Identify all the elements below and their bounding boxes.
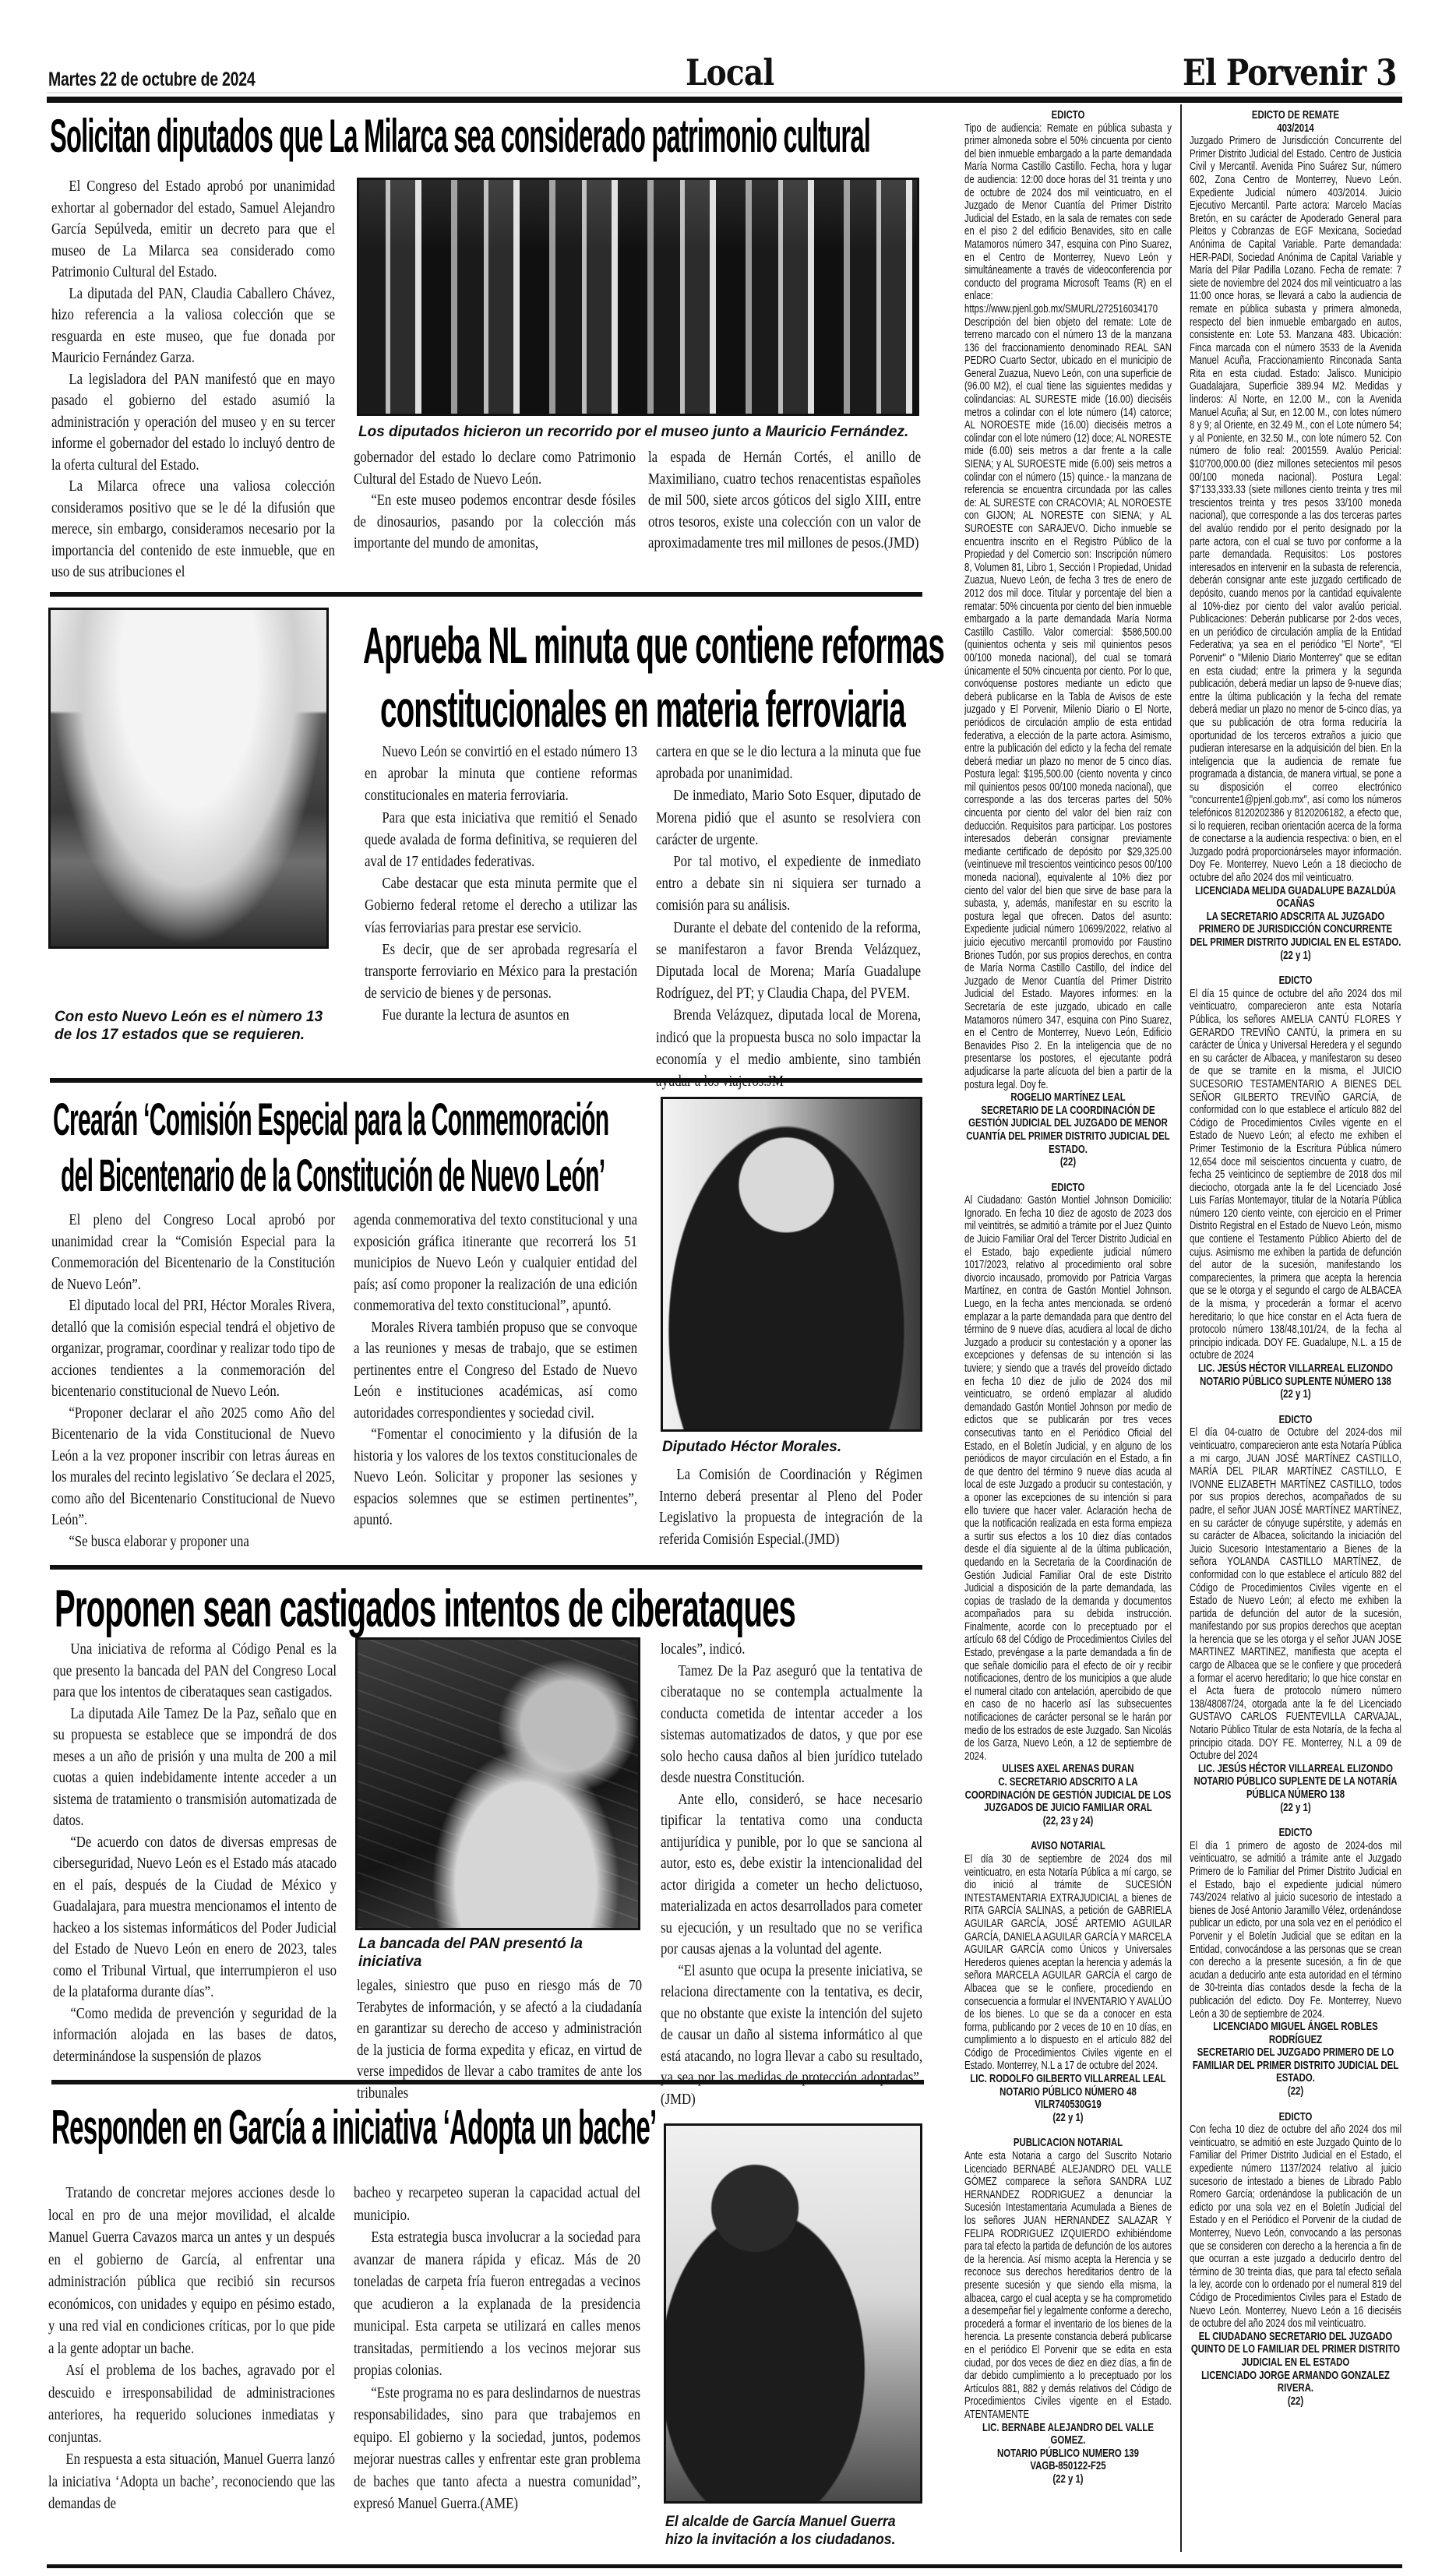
notice-dates: (22 y 1) (1190, 950, 1401, 963)
paragraph: bacheo y recarpeteo superan la capacidad… (354, 2183, 640, 2227)
notice-body: Ante esta Notaria a cargo del Suscrito N… (964, 2150, 1172, 2421)
newspaper-name-page: El Porvenir 3 (1183, 51, 1397, 93)
notices-column-text: EDICTO Tipo de audiencia: Remate en públ… (964, 109, 1172, 2486)
notice-signature: C. SECRETARIO ADSCRITO A LA COORDINACIÓN… (964, 1776, 1172, 1815)
photo-cybersecurity-laptop (355, 1637, 640, 1930)
article-column-1: Tratando de concretar mejores acciones d… (48, 2183, 335, 2516)
notice-signature: NOTARIO PÚBLICO SUPLENTE NÚMERO 138 (1190, 1376, 1401, 1389)
article-column-3: la espada de Hernán Cortés, el anillo de… (648, 447, 921, 555)
paragraph: “Se busca elaborar y proponer una (51, 1531, 335, 1553)
headline-line-1: Crearán ‘Comisión Especial para la Conme… (53, 1094, 608, 1146)
column-text: El pleno del Congreso Local aprobó por u… (51, 1210, 335, 1552)
notice-case-number: 403/2014 (1190, 122, 1401, 136)
paragraph: El diputado local del PRI, Héctor Morale… (51, 1295, 335, 1403)
notice-dates: (22 y 1) (964, 2473, 1172, 2486)
notice-title: EDICTO (1190, 2111, 1401, 2124)
notice-body: El día 1 primero de agosto de 2024-dos m… (1190, 1840, 1401, 2021)
notice-title: AVISO NOTARIAL (964, 1840, 1172, 1853)
notice-signature: LICENCIADA MELIDA GUADALUPE BAZALDÚA OCA… (1190, 885, 1401, 911)
notice-title: EDICTO (1190, 1414, 1401, 1427)
article-divider (50, 1078, 922, 1083)
paragraph: Así el problema de los baches, agravado … (48, 2360, 335, 2449)
paragraph: “De acuerdo con datos de diversas empres… (53, 1832, 337, 2003)
headline: Responden en García a iniciativa ‘Adopta… (51, 2100, 656, 2155)
notices-column-divider (1180, 104, 1182, 2552)
column-text: locales”, indicó. Tamez De la Paz asegur… (661, 1639, 922, 2110)
paragraph: Una iniciativa de reforma al Código Pena… (53, 1639, 337, 1704)
headline-line-2: constitucionales en materia ferroviaria (380, 679, 905, 738)
notice-title: EDICTO (1190, 1827, 1401, 1840)
notice-signature: SECRETARIO DEL JUZGADO PRIMERO DE LO FAM… (1190, 2046, 1401, 2085)
column-text: La Comisión de Coordinación y Régimen In… (659, 1464, 922, 1550)
paragraph: Para que esta iniciativa que remitió el … (365, 808, 637, 874)
paragraph: La legisladora del PAN manifestó que en … (51, 369, 335, 477)
paragraph: La Milarca ofrece una valiosa colección … (51, 476, 335, 583)
notice-title: PUBLICACION NOTARIAL (964, 2137, 1172, 2150)
column-text: Una iniciativa de reforma al Código Pena… (53, 1639, 337, 2067)
notice-dates: (22, 23 y 24) (964, 1815, 1172, 1828)
notice-dates: (22 y 1) (1190, 1388, 1401, 1401)
notice-signature: LICENCIADO JORGE ARMANDO GONZALEZ RIVERA… (1190, 2370, 1401, 2395)
paragraph: El Congreso del Estado aprobó por unanim… (51, 176, 335, 284)
photo-caption: La bancada del PAN presentó la iniciativ… (358, 1935, 640, 1971)
notice-title: EDICTO (964, 1182, 1172, 1195)
paragraph: “Este programa no es para deslindarnos d… (354, 2383, 640, 2516)
notice-signature: NOTARIO PÚBLICO NUMERO 139 (964, 2447, 1172, 2461)
notice-signature: VAGB-850122-F25 (964, 2460, 1172, 2473)
notice-edicto-montiel: EDICTO Al Ciudadano: Gastón Montiel John… (964, 1182, 1172, 1828)
paragraph: Fue durante la lectura de asuntos en (365, 1005, 637, 1027)
article-column-1: El Congreso del Estado aprobó por unanim… (51, 176, 335, 583)
column-text: agenda conmemorativa del texto constituc… (354, 1210, 637, 1531)
notice-signature: VILR740530G19 (964, 2099, 1172, 2112)
paragraph: legales, siniestro que puso en riesgo má… (357, 1975, 642, 2104)
notices-column-text: EDICTO DE REMATE 403/2014 Juzgado Primer… (1190, 109, 1401, 2408)
paragraph: Tratando de concretar mejores acciones d… (48, 2183, 335, 2360)
column-text: cartera en que se le dio lectura a la mi… (656, 742, 921, 1093)
notice-body: Tipo de audiencia: Remate en pública sub… (964, 122, 1172, 1092)
paragraph: La diputada del PAN, Claudia Caballero C… (51, 284, 335, 369)
headline-line-1: Aprueba NL minuta que contiene reformas (363, 615, 944, 675)
paragraph: Morales Rivera también propuso que se co… (354, 1317, 637, 1425)
notice-edicto-romero: EDICTO Con fecha 10 diez de octubre del … (1190, 2111, 1401, 2409)
notice-publicacion-notarial: PUBLICACION NOTARIAL Ante esta Notaria a… (964, 2137, 1172, 2486)
paragraph: Tamez De la Paz aseguró que la tentativa… (661, 1661, 922, 1789)
notice-signature: LICENCIADO MIGUEL ÁNGEL ROBLES RODRÍGUEZ (1190, 2021, 1401, 2046)
photo-hector-morales (661, 1097, 922, 1432)
notice-body: Al Ciudadano: Gastón Montiel Johnson Dom… (964, 1194, 1172, 1763)
notice-body: El día 15 quince de octubre del año 2024… (1190, 988, 1401, 1362)
notice-signature: LIC. JESÚS HÉCTOR VILLARREAL ELIZONDO (1190, 1362, 1401, 1376)
section-name: Local (686, 51, 774, 93)
notice-edicto-jaramillo: EDICTO El día 1 primero de agosto de 202… (1190, 1827, 1401, 2098)
notice-dates: (22 y 1) (964, 2112, 1172, 2125)
paragraph: “El asunto que ocupa la presente iniciat… (661, 1961, 922, 2111)
notice-title: EDICTO DE REMATE (1190, 109, 1401, 122)
paragraph: “Como medida de prevención y seguridad d… (53, 2003, 337, 2068)
notice-dates: (22) (1190, 2085, 1401, 2099)
divider (47, 92, 1402, 93)
paragraph: gobernador del estado lo declare como Pa… (354, 447, 636, 490)
column-text: Tratando de concretar mejores acciones d… (48, 2183, 335, 2516)
column-text: gobernador del estado lo declare como Pa… (354, 447, 636, 555)
headline: Solicitan diputados que La Milarca sea c… (50, 109, 870, 163)
column-text: la espada de Hernán Cortés, el anillo de… (648, 447, 921, 555)
article-column-3: La Comisión de Coordinación y Régimen In… (659, 1464, 922, 1550)
column-text: Nuevo León se convirtió en el estado núm… (365, 742, 637, 1027)
article-divider (50, 1565, 922, 1570)
article-column-1: Nuevo León se convirtió en el estado núm… (365, 742, 637, 1027)
notices-column-1: EDICTO Tipo de audiencia: Remate en públ… (964, 109, 1172, 2560)
paragraph: cartera en que se le dio lectura a la mi… (656, 742, 921, 785)
column-text: bacheo y recarpeteo superan la capacidad… (354, 2183, 640, 2516)
notice-edicto-remate-castillo: EDICTO Tipo de audiencia: Remate en públ… (964, 109, 1172, 1169)
notice-signature: LIC. JESÚS HÉCTOR VILLARREAL ELIZONDO (1190, 1763, 1401, 1776)
photo-deputies-museum (357, 178, 919, 416)
notices-column-2: EDICTO DE REMATE 403/2014 Juzgado Primer… (1190, 109, 1401, 2560)
paragraph: locales”, indicó. (661, 1639, 922, 1661)
paragraph: la espada de Hernán Cortés, el anillo de… (648, 447, 921, 555)
notice-dates: (22) (964, 1156, 1172, 1169)
photo-train (48, 608, 329, 949)
paragraph: Por tal motivo, el expediente de inmedia… (656, 851, 921, 918)
paragraph: “Proponer declarar el año 2025 como Año … (51, 1403, 335, 1531)
paragraph: Ante ello, consideró, se hace necesario … (661, 1789, 922, 1961)
notice-signature: ULISES AXEL ARENAS DURAN (964, 1763, 1172, 1776)
paragraph: Nuevo León se convirtió en el estado núm… (365, 742, 637, 808)
photo-caption: Los diputados hicieron un recorrido por … (358, 423, 919, 441)
article-divider (50, 592, 922, 597)
notice-signature: SECRETARIO DE LA COORDINACIÓN DE GESTIÓN… (964, 1105, 1172, 1156)
masthead-rule (47, 97, 1402, 103)
page-bottom-rule (47, 2564, 1402, 2568)
article-column-1: El pleno del Congreso Local aprobó por u… (51, 1210, 335, 1552)
article-column-3: locales”, indicó. Tamez De la Paz asegur… (661, 1639, 922, 2110)
article-column-1: Una iniciativa de reforma al Código Pena… (53, 1639, 337, 2067)
headline-line-2: del Bicentenario de la Constitución de N… (61, 1150, 605, 1202)
paragraph: “Fomentar el conocimiento y la difusión … (354, 1424, 637, 1531)
paragraph: La Comisión de Coordinación y Régimen In… (659, 1464, 922, 1550)
notice-dates: (22) (1190, 2395, 1401, 2409)
notice-signature: EL CIUDADANO SECRETARIO DEL JUZGADO QUIN… (1190, 2331, 1401, 2370)
notice-edicto-trevino: EDICTO El día 15 quince de octubre del a… (1190, 974, 1401, 1401)
paragraph: Esta estrategia busca involucrar a la so… (354, 2227, 640, 2383)
article-column-2: bacheo y recarpeteo superan la capacidad… (354, 2183, 640, 2516)
photo-caption: El alcalde de García Manuel Guerra hizo … (665, 2513, 904, 2549)
notice-body: Juzgado Primero de Jurisdicción Concurre… (1190, 135, 1401, 884)
paragraph: En respuesta a esta situación, Manuel Gu… (48, 2449, 335, 2516)
paragraph: Cabe destacar que esta minuta permite qu… (365, 873, 637, 939)
paragraph: De inmediato, Mario Soto Esquer, diputad… (656, 785, 921, 851)
notice-edicto-martinez-castillo: EDICTO El día 04-cuatro de Octubre del 2… (1190, 1414, 1401, 1814)
photo-caption: Diputado Héctor Morales. (662, 1438, 919, 1456)
notice-signature: NOTARIO PÚBLICO NÚMERO 48 (964, 2086, 1172, 2099)
paragraph: “En este museo podemos encontrar desde f… (354, 490, 636, 555)
notice-signature: ROGELIO MARTÍNEZ LEAL (964, 1091, 1172, 1105)
issue-date: Martes 22 de octubre de 2024 (48, 69, 255, 91)
notice-aviso-notarial: AVISO NOTARIAL El día 30 de septiembre d… (964, 1840, 1172, 2124)
paragraph: El pleno del Congreso Local aprobó por u… (51, 1210, 335, 1295)
paragraph: agenda conmemorativa del texto constituc… (354, 1210, 637, 1317)
notice-signature: LIC. RODOLFO GILBERTO VILLARREAL LEAL (964, 2073, 1172, 2086)
notice-body: Con fecha 10 diez de octubre del año 202… (1190, 2123, 1401, 2331)
photo-caption: Con esto Nuevo León es el nùmero 13 de l… (55, 1008, 327, 1044)
article-column-2: cartera en que se le dio lectura a la mi… (656, 742, 921, 1093)
notice-signature: LIC. BERNABE ALEJANDRO DEL VALLE GOMEZ. (964, 2422, 1172, 2447)
notice-body: El día 30 de septiembre de 2024 dos mil … (964, 1853, 1172, 2073)
notice-edicto-de-remate-403: EDICTO DE REMATE 403/2014 Juzgado Primer… (1190, 109, 1401, 962)
article-column-2: agenda conmemorativa del texto constituc… (354, 1210, 637, 1531)
paragraph: Durante el debate del contenido de la re… (656, 918, 921, 1006)
paragraph: Es decir, que de ser aprobada regresaría… (365, 939, 637, 1006)
notice-signature: NOTARIO PÚBLICO SUPLENTE DE LA NOTARÍA P… (1190, 1775, 1401, 1801)
article-column-2: legales, siniestro que puso en riesgo má… (357, 1975, 642, 2104)
notice-title: EDICTO (964, 109, 1172, 122)
article-column-2: gobernador del estado lo declare como Pa… (354, 447, 636, 555)
paragraph: La diputada Aile Tamez De la Paz, señalo… (53, 1704, 337, 1832)
column-text: legales, siniestro que puso en riesgo má… (357, 1975, 642, 2104)
notice-dates: (22 y 1) (1190, 1802, 1401, 1815)
notice-body: El día 04-cuatro de Octubre del 2024-dos… (1190, 1426, 1401, 1762)
column-text: El Congreso del Estado aprobó por unanim… (51, 176, 335, 583)
headline: Proponen sean castigados intentos de cib… (55, 1578, 795, 1639)
notice-signature: LA SECRETARIO ADSCRITA AL JUZGADO PRIMER… (1190, 911, 1401, 950)
notice-title: EDICTO (1190, 974, 1401, 988)
photo-mayor-manuel-guerra (664, 2123, 922, 2504)
article-divider (51, 2080, 924, 2084)
